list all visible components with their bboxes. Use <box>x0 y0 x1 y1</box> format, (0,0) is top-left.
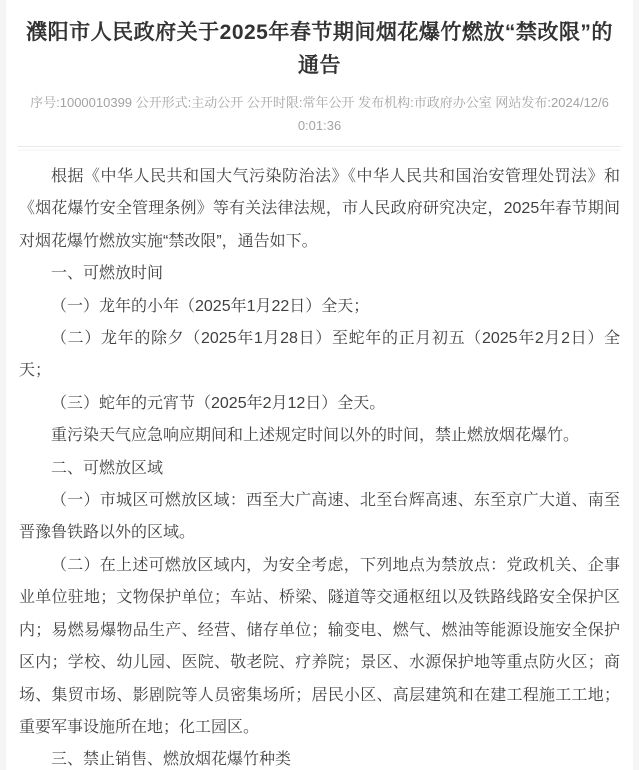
body-paragraph: （二）龙年的除夕（2025年1月28日）至蛇年的正月初五（2025年2月2日）全… <box>19 323 620 388</box>
document-page: 濮阳市人民政府关于2025年春节期间烟花爆竹燃放“禁改限”的通告 序号:1000… <box>6 0 633 770</box>
body-paragraph: （一）市城区可燃放区域：西至大广高速、北至台辉高速、东至京广大道、南至晋豫鲁铁路… <box>19 485 620 550</box>
body-paragraph: 一、可燃放时间 <box>19 258 620 290</box>
body-paragraph: 重污染天气应急响应期间和上述规定时间以外的时间，禁止燃放烟花爆竹。 <box>19 420 620 452</box>
body-paragraph: 三、禁止销售、燃放烟花爆竹种类 <box>19 744 620 770</box>
body-paragraph: （三）蛇年的元宵节（2025年2月12日）全天。 <box>19 388 620 420</box>
body-paragraph: （二）在上述可燃放区域内，为安全考虑，下列地点为禁放点：党政机关、企事业单位驻地… <box>19 550 620 744</box>
body-paragraph: 根据《中华人民共和国大气污染防治法》《中华人民共和国治安管理处罚法》和《烟花爆竹… <box>19 161 620 258</box>
meta-item: 序号:1000010399 <box>30 95 132 110</box>
document-title: 濮阳市人民政府关于2025年春节期间烟花爆竹燃放“禁改限”的通告 <box>6 16 633 82</box>
meta-item: 公开形式:主动公开 <box>132 95 243 110</box>
body-paragraph: 二、可燃放区域 <box>19 453 620 485</box>
body-paragraph: （一）龙年的小年（2025年1月22日）全天； <box>19 291 620 323</box>
document-body: 根据《中华人民共和国大气污染防治法》《中华人民共和国治安管理处罚法》和《烟花爆竹… <box>6 149 633 770</box>
page-background: { "document": { "title": "濮阳市人民政府关于2025年… <box>0 0 639 770</box>
document-meta: 序号:1000010399公开形式:主动公开公开时限:常年公开发布机构:市政府办… <box>6 91 633 137</box>
meta-item: 公开时限:常年公开 <box>243 95 354 110</box>
meta-item: 发布机构:市政府办公室 <box>355 95 492 110</box>
